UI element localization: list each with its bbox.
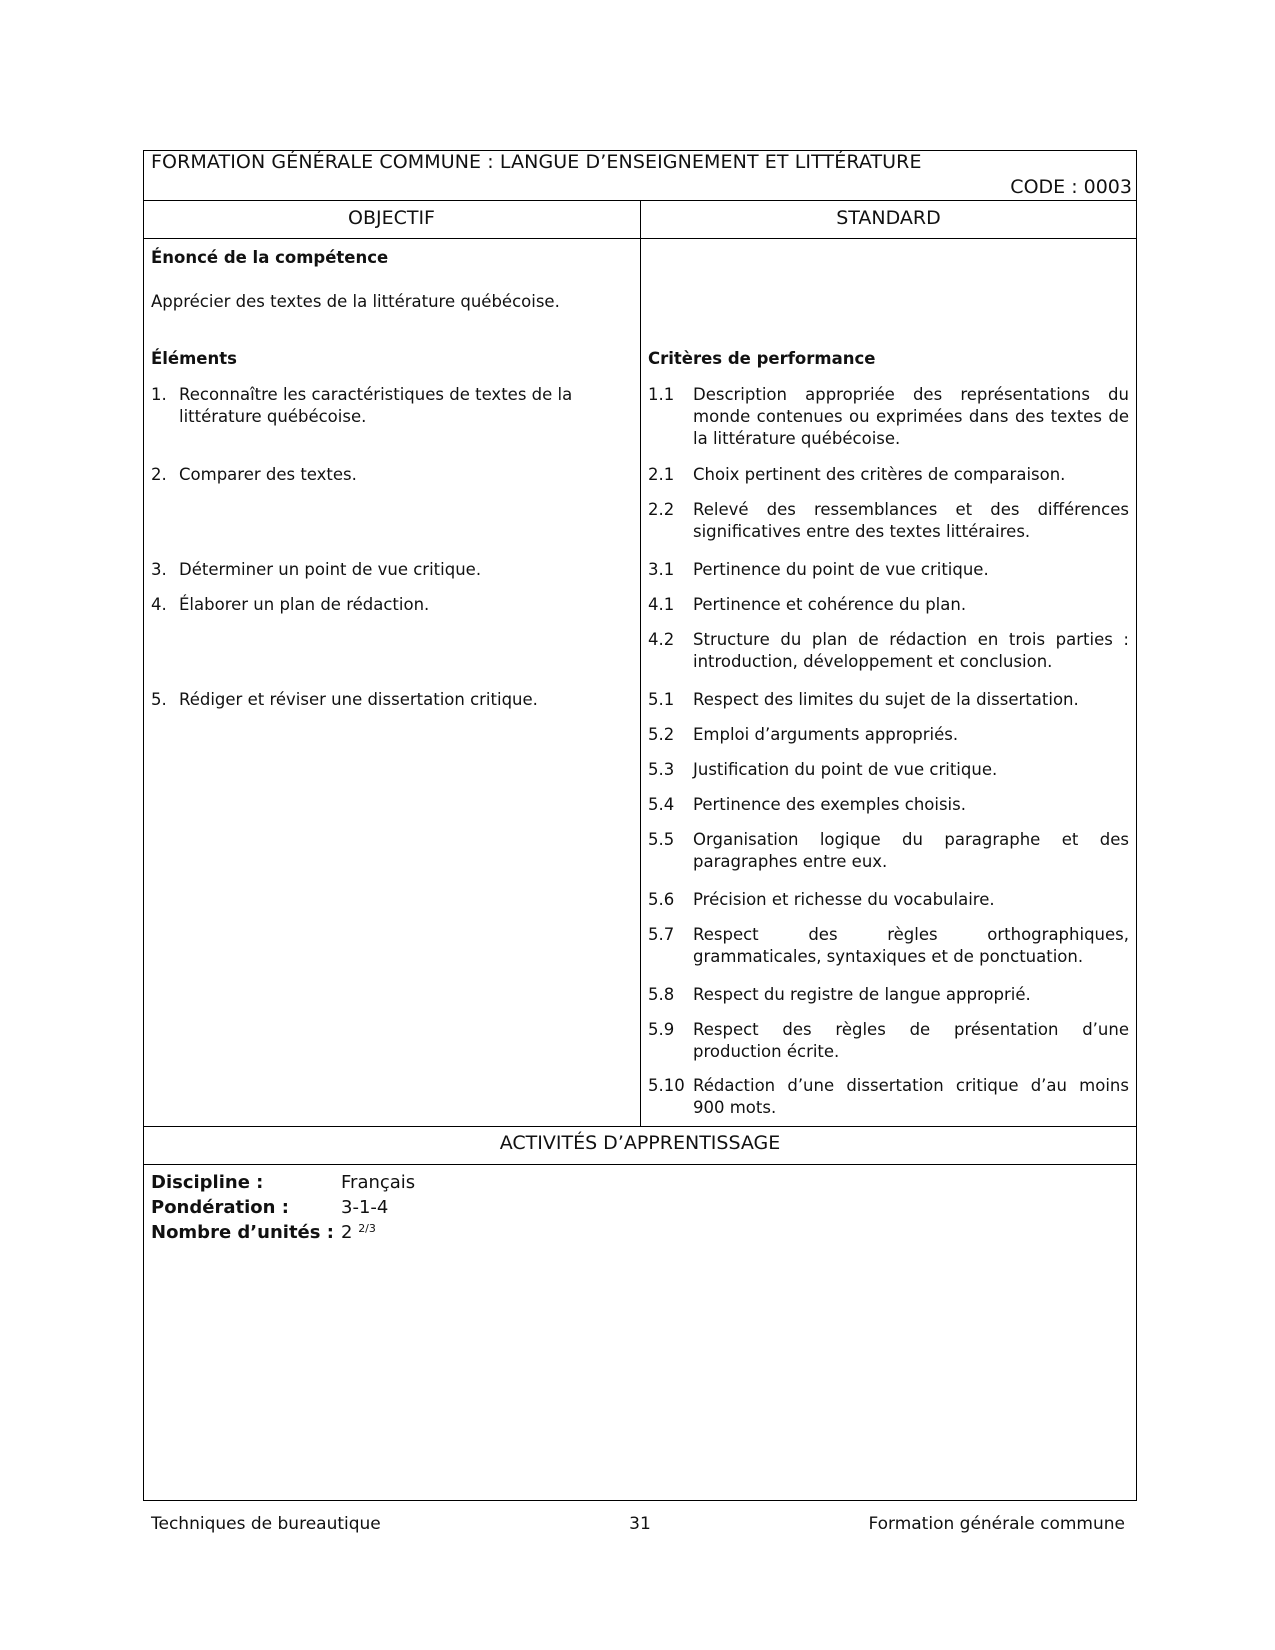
element-text: Comparer des textes. — [179, 464, 599, 486]
critere-text: Emploi d’arguments appropriés. — [693, 724, 1129, 746]
course-code: CODE : 0003 — [1010, 176, 1132, 198]
activities-bottom-divider — [143, 1164, 1137, 1165]
critere-text: Structure du plan de rédaction en trois … — [693, 629, 1129, 673]
critere-number: 5.4 — [648, 794, 674, 816]
unites-value: 2 2/3 — [341, 1222, 376, 1243]
critere-number: 3.1 — [648, 559, 674, 581]
unites-fraction: 2/3 — [358, 1222, 376, 1235]
ponderation-value: 3-1-4 — [341, 1197, 388, 1218]
objectif-heading: OBJECTIF — [143, 207, 640, 229]
element-text: Reconnaître les caractéristiques de text… — [179, 384, 599, 428]
critere-text: Respect du registre de langue approprié. — [693, 984, 1129, 1006]
critere-number: 5.5 — [648, 829, 674, 851]
critere-number: 4.1 — [648, 594, 674, 616]
critere-number: 5.10 — [648, 1075, 685, 1097]
critere-text: Organisation logique du paragraphe et de… — [693, 829, 1129, 873]
element-number: 5. — [151, 689, 167, 711]
critere-number: 5.1 — [648, 689, 674, 711]
standard-heading: STANDARD — [640, 207, 1137, 229]
footer-program: Techniques de bureautique — [151, 1514, 381, 1534]
critere-text: Pertinence des exemples choisis. — [693, 794, 1129, 816]
critere-text: Précision et richesse du vocabulaire. — [693, 889, 1129, 911]
critere-number: 5.8 — [648, 984, 674, 1006]
critere-text: Description appropriée des représentatio… — [693, 384, 1129, 450]
critere-text: Pertinence et cohérence du plan. — [693, 594, 1129, 616]
critere-number: 2.2 — [648, 499, 674, 521]
discipline-value: Français — [341, 1172, 415, 1193]
element-number: 4. — [151, 594, 167, 616]
critere-text: Relevé des ressemblances et des différen… — [693, 499, 1129, 543]
critere-number: 1.1 — [648, 384, 674, 406]
discipline-label: Discipline : — [151, 1172, 263, 1193]
unites-whole: 2 — [341, 1222, 352, 1243]
elements-label: Éléments — [151, 348, 237, 370]
element-text: Élaborer un plan de rédaction. — [179, 594, 599, 616]
critere-number: 5.9 — [648, 1019, 674, 1041]
footer-section: Formation générale commune — [868, 1514, 1125, 1534]
element-text: Déterminer un point de vue critique. — [179, 559, 599, 581]
critere-text: Respect des règles de présentation d’une… — [693, 1019, 1129, 1063]
critere-number: 5.6 — [648, 889, 674, 911]
page-number: 31 — [620, 1514, 660, 1534]
critere-number: 4.2 — [648, 629, 674, 651]
critere-text: Respect des limites du sujet de la disse… — [693, 689, 1129, 711]
enonce-label: Énoncé de la compétence — [151, 247, 388, 269]
activites-heading: ACTIVITÉS D’APPRENTISSAGE — [143, 1132, 1137, 1154]
activities-top-divider — [143, 1126, 1137, 1127]
critere-text: Choix pertinent des critères de comparai… — [693, 464, 1129, 486]
element-number: 3. — [151, 559, 167, 581]
critere-text: Rédaction d’une dissertation critique d’… — [693, 1075, 1129, 1119]
column-divider — [640, 200, 641, 1126]
element-number: 2. — [151, 464, 167, 486]
critere-number: 5.2 — [648, 724, 674, 746]
unites-label: Nombre d’unités : — [151, 1222, 334, 1243]
critere-text: Respect des règles orthographiques, gram… — [693, 924, 1129, 968]
critere-text: Pertinence du point de vue critique. — [693, 559, 1129, 581]
enonce-text: Apprécier des textes de la littérature q… — [151, 291, 560, 313]
critere-text: Justification du point de vue critique. — [693, 759, 1129, 781]
critere-number: 5.3 — [648, 759, 674, 781]
critere-number: 2.1 — [648, 464, 674, 486]
element-number: 1. — [151, 384, 167, 406]
criteres-label: Critères de performance — [648, 348, 875, 370]
critere-number: 5.7 — [648, 924, 674, 946]
ponderation-label: Pondération : — [151, 1197, 289, 1218]
page-title: FORMATION GÉNÉRALE COMMUNE : LANGUE D’EN… — [151, 151, 922, 173]
element-text: Rédiger et réviser une dissertation crit… — [179, 689, 599, 711]
